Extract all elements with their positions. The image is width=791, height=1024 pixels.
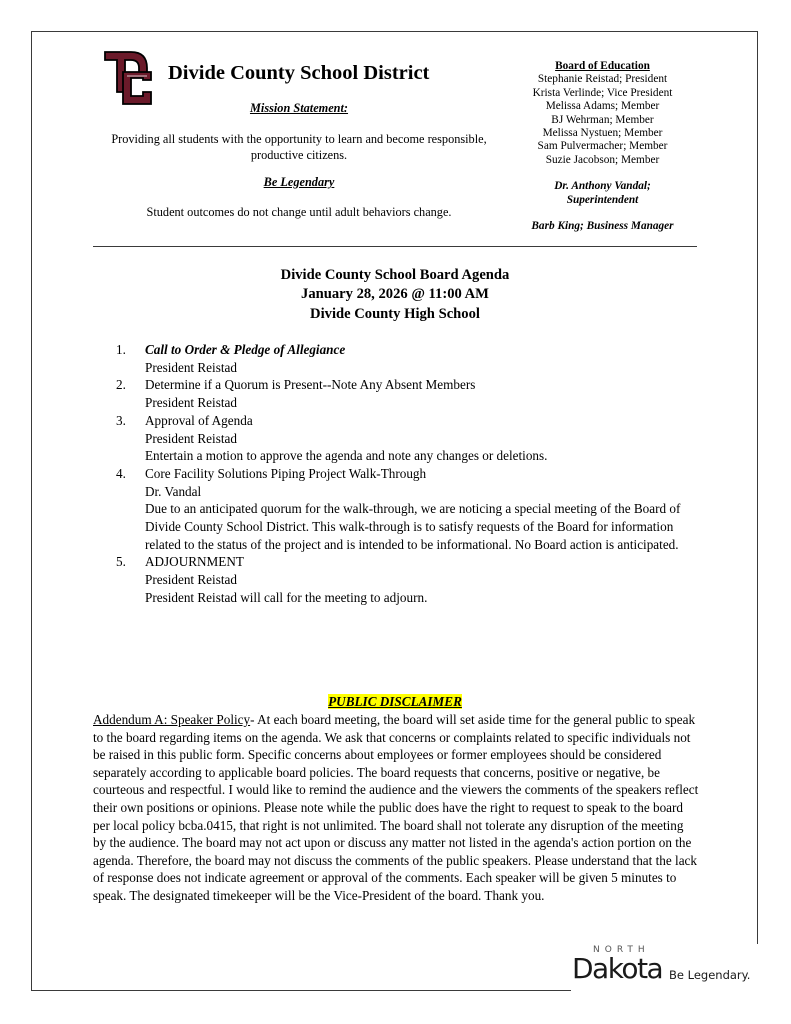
superintendent-title: Superintendent [505,194,700,207]
agenda-item: 4. Core Facility Solutions Piping Projec… [116,465,706,554]
legend-label: Be Legendary [93,175,505,190]
agenda-location: Divide County High School [93,305,697,324]
board-member: Stephanie Reistad; President [505,73,700,86]
item-title: ADJOURNMENT [145,553,706,571]
addendum-label: Addendum A: Speaker Policy [93,712,250,727]
item-presenter: President Reistad [145,359,706,377]
north-dakota-logo: NORTH Dakota Be Legendary. [571,944,761,992]
board-member: BJ Wehrman; Member [505,114,700,127]
item-note: Due to an anticipated quorum for the wal… [145,500,706,553]
item-number: 4. [116,465,145,554]
nd-tagline: Be Legendary. [669,968,750,982]
agenda-heading: Divide County School Board Agenda Januar… [93,266,697,324]
item-note: Entertain a motion to approve the agenda… [145,447,706,465]
disclaimer-text: - At each board meeting, the board will … [93,712,698,903]
business-manager: Barb King; Business Manager [505,220,700,233]
board-member: Melissa Nystuen; Member [505,127,700,140]
board-member: Krista Verlinde; Vice President [505,87,700,100]
superintendent-name: Dr. Anthony Vandal; [505,180,700,193]
agenda-item: 5. ADJOURNMENT President Reistad Preside… [116,553,706,606]
superintendent: Dr. Anthony Vandal; Superintendent [505,180,700,207]
agenda-date: January 28, 2026 @ 11:00 AM [93,285,697,304]
item-title: Approval of Agenda [145,412,706,430]
item-number: 1. [116,341,145,376]
item-presenter: Dr. Vandal [145,483,706,501]
outcome-text: Student outcomes do not change until adu… [93,205,505,220]
item-note: President Reistad will call for the meet… [145,589,706,607]
item-title: Call to Order & Pledge of Allegiance [145,341,706,359]
item-number: 2. [116,376,145,411]
item-number: 3. [116,412,145,465]
header-divider [93,246,697,247]
district-name: Divide County School District [168,62,429,85]
agenda-item: 3. Approval of Agenda President Reistad … [116,412,706,465]
board-member: Melissa Adams; Member [505,100,700,113]
agenda-item: 2. Determine if a Quorum is Present--Not… [116,376,706,411]
agenda-list: 1. Call to Order & Pledge of Allegiance … [116,341,706,607]
board-title: Board of Education [505,60,700,73]
item-title: Core Facility Solutions Piping Project W… [145,465,706,483]
item-number: 5. [116,553,145,606]
item-presenter: President Reistad [145,394,706,412]
item-presenter: President Reistad [145,571,706,589]
board-member: Suzie Jacobson; Member [505,154,700,167]
agenda-title: Divide County School Board Agenda [93,266,697,285]
public-disclaimer-heading: PUBLIC DISCLAIMER [93,694,697,710]
item-presenter: President Reistad [145,430,706,448]
public-disclaimer-title: PUBLIC DISCLAIMER [328,694,462,709]
mission-text: Providing all students with the opportun… [93,131,505,163]
district-dc-logo [101,48,161,108]
disclaimer-body: Addendum A: Speaker Policy- At each boar… [93,711,699,905]
nd-dakota-text: Dakota [572,952,662,985]
item-title: Determine if a Quorum is Present--Note A… [145,376,706,394]
mission-label: Mission Statement: [93,101,505,116]
board-of-education: Board of Education Stephanie Reistad; Pr… [505,60,700,233]
board-member: Sam Pulvermacher; Member [505,140,700,153]
agenda-item: 1. Call to Order & Pledge of Allegiance … [116,341,706,376]
